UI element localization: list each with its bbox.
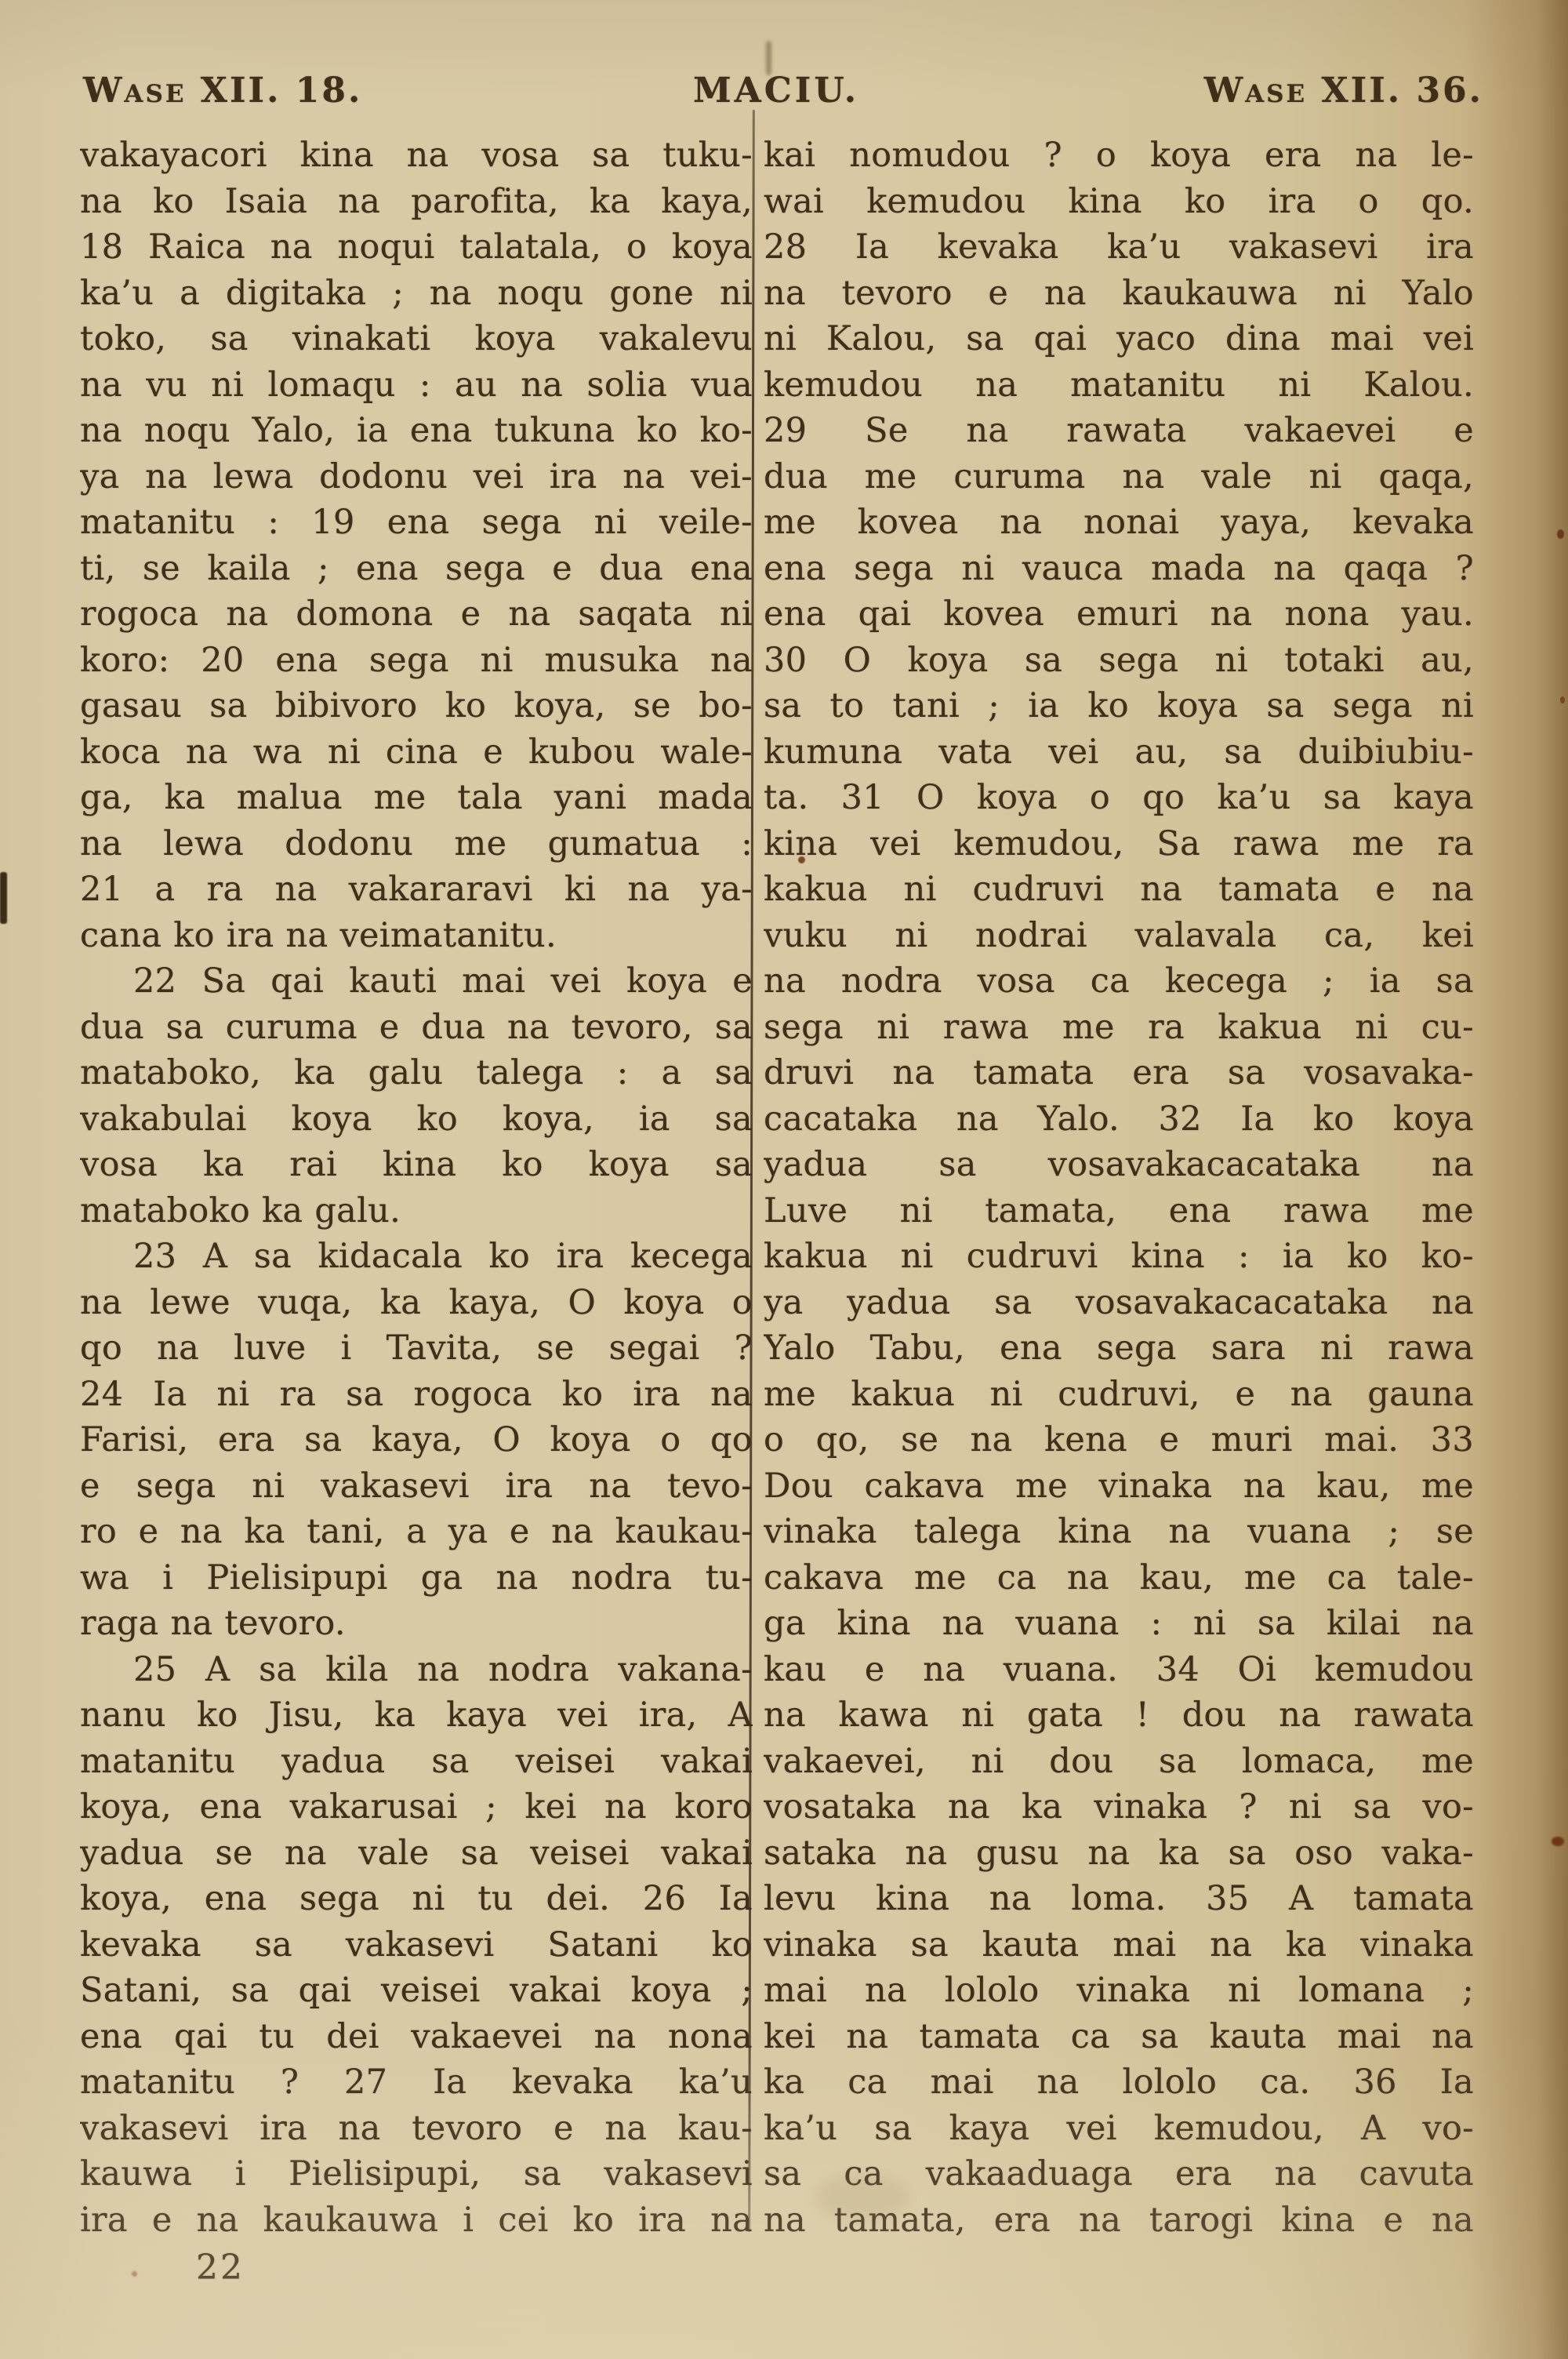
paper-speck (1560, 696, 1565, 703)
text-line: vosa ka rai kina ko koya sa (80, 1142, 753, 1188)
text-line: vakaevei, ni dou sa lomaca, me (764, 1739, 1474, 1785)
text-line: ro e na ka tani, a ya e na kaukau- (80, 1509, 753, 1555)
text-line: rogoca na domona e na saqata ni (80, 591, 753, 638)
text-line: cacataka na Yalo. 32 Ia ko koya (764, 1096, 1474, 1143)
text-line: 28 Ia kevaka ka’u vakasevi ira (764, 224, 1474, 271)
text-line: na lewe vuqa, ka kaya, O koya o (80, 1280, 753, 1326)
text-line: ga, ka malua me tala yani mada (80, 775, 753, 821)
text-line: ena sega ni vauca mada na qaqa ? (764, 546, 1474, 592)
text-line: ena qai kovea emuri na nona yau. (764, 591, 1474, 638)
text-line: ga kina na vuana : ni sa kilai na (764, 1601, 1474, 1647)
text-line: dua sa curuma e dua na tevoro, sa (80, 1005, 753, 1051)
text-line: ya yadua sa vosavakacacataka na (764, 1280, 1474, 1326)
running-head-right: Wase XII. 36. (1204, 67, 1483, 114)
text-line: 24 Ia ni ra sa rogoca ko ira na (80, 1372, 753, 1418)
text-line: sataka na gusu na ka sa oso vaka- (764, 1830, 1474, 1877)
text-line: Luve ni tamata, ena rawa me (764, 1188, 1474, 1234)
page-number: 22 (196, 2248, 245, 2288)
text-line: na vu ni lomaqu : au na solia vua (80, 362, 753, 409)
text-line: cakava me ca na kau, me ca tale- (764, 1555, 1474, 1601)
text-line: levu kina na loma. 35 A tamata (764, 1876, 1474, 1922)
text-line: ka ca mai na lololo ca. 36 Ia (764, 2059, 1474, 2106)
text-line: na ko Isaia na parofita, ka kaya, (80, 179, 753, 225)
text-line: na tamata, era na tarogi kina e na (764, 2197, 1474, 2244)
text-column-left: vakayacori kina na vosa sa tuku-na ko Is… (80, 133, 753, 2243)
text-line: Yalo Tabu, ena sega sara ni rawa (764, 1325, 1474, 1372)
text-line: 22 Sa qai kauti mai vei koya e (80, 958, 753, 1005)
text-line: 21 a ra na vakararavi ki na ya- (80, 867, 753, 913)
text-line: koya, ena vakarusai ; kei na koro (80, 1784, 753, 1830)
text-line: vosataka na ka vinaka ? ni sa vo- (764, 1784, 1474, 1830)
text-line: sa ca vakaaduaga era na cavuta (764, 2151, 1474, 2197)
text-line: Farisi, era sa kaya, O koya o qo (80, 1417, 753, 1463)
paper-speck (1557, 529, 1564, 539)
text-line: sega ni rawa me ra kakua ni cu- (764, 1005, 1474, 1051)
text-line: na lewa dodonu me gumatua : (80, 821, 753, 867)
text-line: ya na lewa dodonu vei ira na vei- (80, 454, 753, 500)
text-line: vakasevi ira na tevoro e na kau- (80, 2106, 753, 2152)
text-line: vakabulai koya ko koya, ia sa (80, 1096, 753, 1143)
text-line: vinaka sa kauta mai na ka vinaka (764, 1922, 1474, 1968)
text-line: kauwa i Pielisipupi, sa vakasevi (80, 2151, 753, 2197)
text-line: mataboko, ka galu talega : a sa (80, 1050, 753, 1096)
text-line: qo na luve i Tavita, se segai ? (80, 1325, 753, 1372)
text-line: na noqu Yalo, ia ena tukuna ko ko- (80, 408, 753, 454)
text-line: kevaka sa vakasevi Satani ko (80, 1922, 753, 1968)
text-line: toko, sa vinakati koya vakalevu (80, 316, 753, 362)
text-line: yadua sa vosavakacacataka na (764, 1142, 1474, 1188)
text-line: ta. 31 O koya o qo ka’u sa kaya (764, 775, 1474, 821)
text-line: kumuna vata vei au, sa duibiubiu- (764, 729, 1474, 776)
text-line: mataboko ka galu. (80, 1188, 753, 1234)
text-line: vinaka talega kina na vuana ; se (764, 1509, 1474, 1555)
text-line: ti, se kaila ; ena sega e dua ena (80, 546, 753, 592)
text-line: yadua se na vale sa veisei vakai (80, 1830, 753, 1877)
text-line: ena qai tu dei vakaevei na nona (80, 2014, 753, 2060)
text-line: koro: 20 ena sega ni musuka na (80, 638, 753, 684)
text-line: 23 A sa kidacala ko ira kecega (80, 1234, 753, 1280)
text-line: dua me curuma na vale ni qaqa, (764, 454, 1474, 500)
paper-speck (1552, 1837, 1564, 1846)
text-line: cana ko ira na veimatanitu. (80, 913, 753, 959)
text-line: kai nomudou ? o koya era na le- (764, 133, 1474, 179)
text-line: 25 A sa kila na nodra vakana- (80, 1647, 753, 1693)
text-line: koya, ena sega ni tu dei. 26 Ia (80, 1876, 753, 1922)
paper-speck (132, 2271, 137, 2277)
running-head-title: MACIU. (693, 67, 859, 114)
text-line: nanu ko Jisu, ka kaya vei ira, A (80, 1692, 753, 1739)
text-line: sa to tani ; ia ko koya sa sega ni (764, 683, 1474, 729)
text-line: Dou cakava me vinaka na kau, me (764, 1463, 1474, 1510)
text-line: e sega ni vakasevi ira na tevo- (80, 1463, 753, 1510)
text-line: raga na tevoro. (80, 1601, 753, 1647)
text-line: kau e na vuana. 34 Oi kemudou (764, 1647, 1474, 1693)
text-line: druvi na tamata era sa vosavaka- (764, 1050, 1474, 1096)
text-line: wa i Pielisipupi ga na nodra tu- (80, 1555, 753, 1601)
text-line: ka’u sa kaya vei kemudou, A vo- (764, 2106, 1474, 2152)
text-line: ka’u a digitaka ; na noqu gone ni (80, 271, 753, 317)
text-line: na nodra vosa ca kecega ; ia sa (764, 958, 1474, 1005)
running-head: Wase XII. 18. MACIU. Wase XII. 36. (0, 67, 1568, 116)
text-line: kakua ni cudruvi kina : ia ko ko- (764, 1234, 1474, 1280)
text-line: 29 Se na rawata vakaevei e (764, 408, 1474, 454)
text-line: kei na tamata ca sa kauta mai na (764, 2014, 1474, 2060)
scanned-book-page: Wase XII. 18. MACIU. Wase XII. 36. vakay… (0, 0, 1568, 2359)
text-line: na tevoro e na kaukauwa ni Yalo (764, 271, 1474, 317)
text-line: 18 Raica na noqui talatala, o koya (80, 224, 753, 271)
paper-speck (0, 872, 7, 924)
text-line: ni Kalou, sa qai yaco dina mai vei (764, 316, 1474, 362)
text-line: kemudou na matanitu ni Kalou. (764, 362, 1474, 409)
text-line: mai na lololo vinaka ni lomana ; (764, 1968, 1474, 2014)
text-line: gasau sa bibivoro ko koya, se bo- (80, 683, 753, 729)
text-line: kakua ni cudruvi na tamata e na (764, 867, 1474, 913)
text-line: 30 O koya sa sega ni totaki au, (764, 638, 1474, 684)
text-line: me kakua ni cudruvi, e na gauna (764, 1372, 1474, 1418)
text-line: Satani, sa qai veisei vakai koya ; (80, 1968, 753, 2014)
text-line: na kawa ni gata ! dou na rawata (764, 1692, 1474, 1739)
text-line: ira e na kaukauwa i cei ko ira na (80, 2197, 753, 2244)
text-line: kina vei kemudou, Sa rawa me ra (764, 821, 1474, 867)
text-line: matanitu yadua sa veisei vakai (80, 1739, 753, 1785)
text-line: matanitu : 19 ena sega ni veile- (80, 500, 753, 546)
text-line: o qo, se na kena e muri mai. 33 (764, 1417, 1474, 1463)
text-line: me kovea na nonai yaya, kevaka (764, 500, 1474, 546)
running-head-left: Wase XII. 18. (83, 67, 362, 114)
text-line: vuku ni nodrai valavala ca, kei (764, 913, 1474, 959)
text-line: wai kemudou kina ko ira o qo. (764, 179, 1474, 225)
text-column-right: kai nomudou ? o koya era na le-wai kemud… (764, 133, 1474, 2243)
text-line: koca na wa ni cina e kubou wale- (80, 729, 753, 776)
text-line: matanitu ? 27 Ia kevaka ka’u (80, 2059, 753, 2106)
text-line: vakayacori kina na vosa sa tuku- (80, 133, 753, 179)
